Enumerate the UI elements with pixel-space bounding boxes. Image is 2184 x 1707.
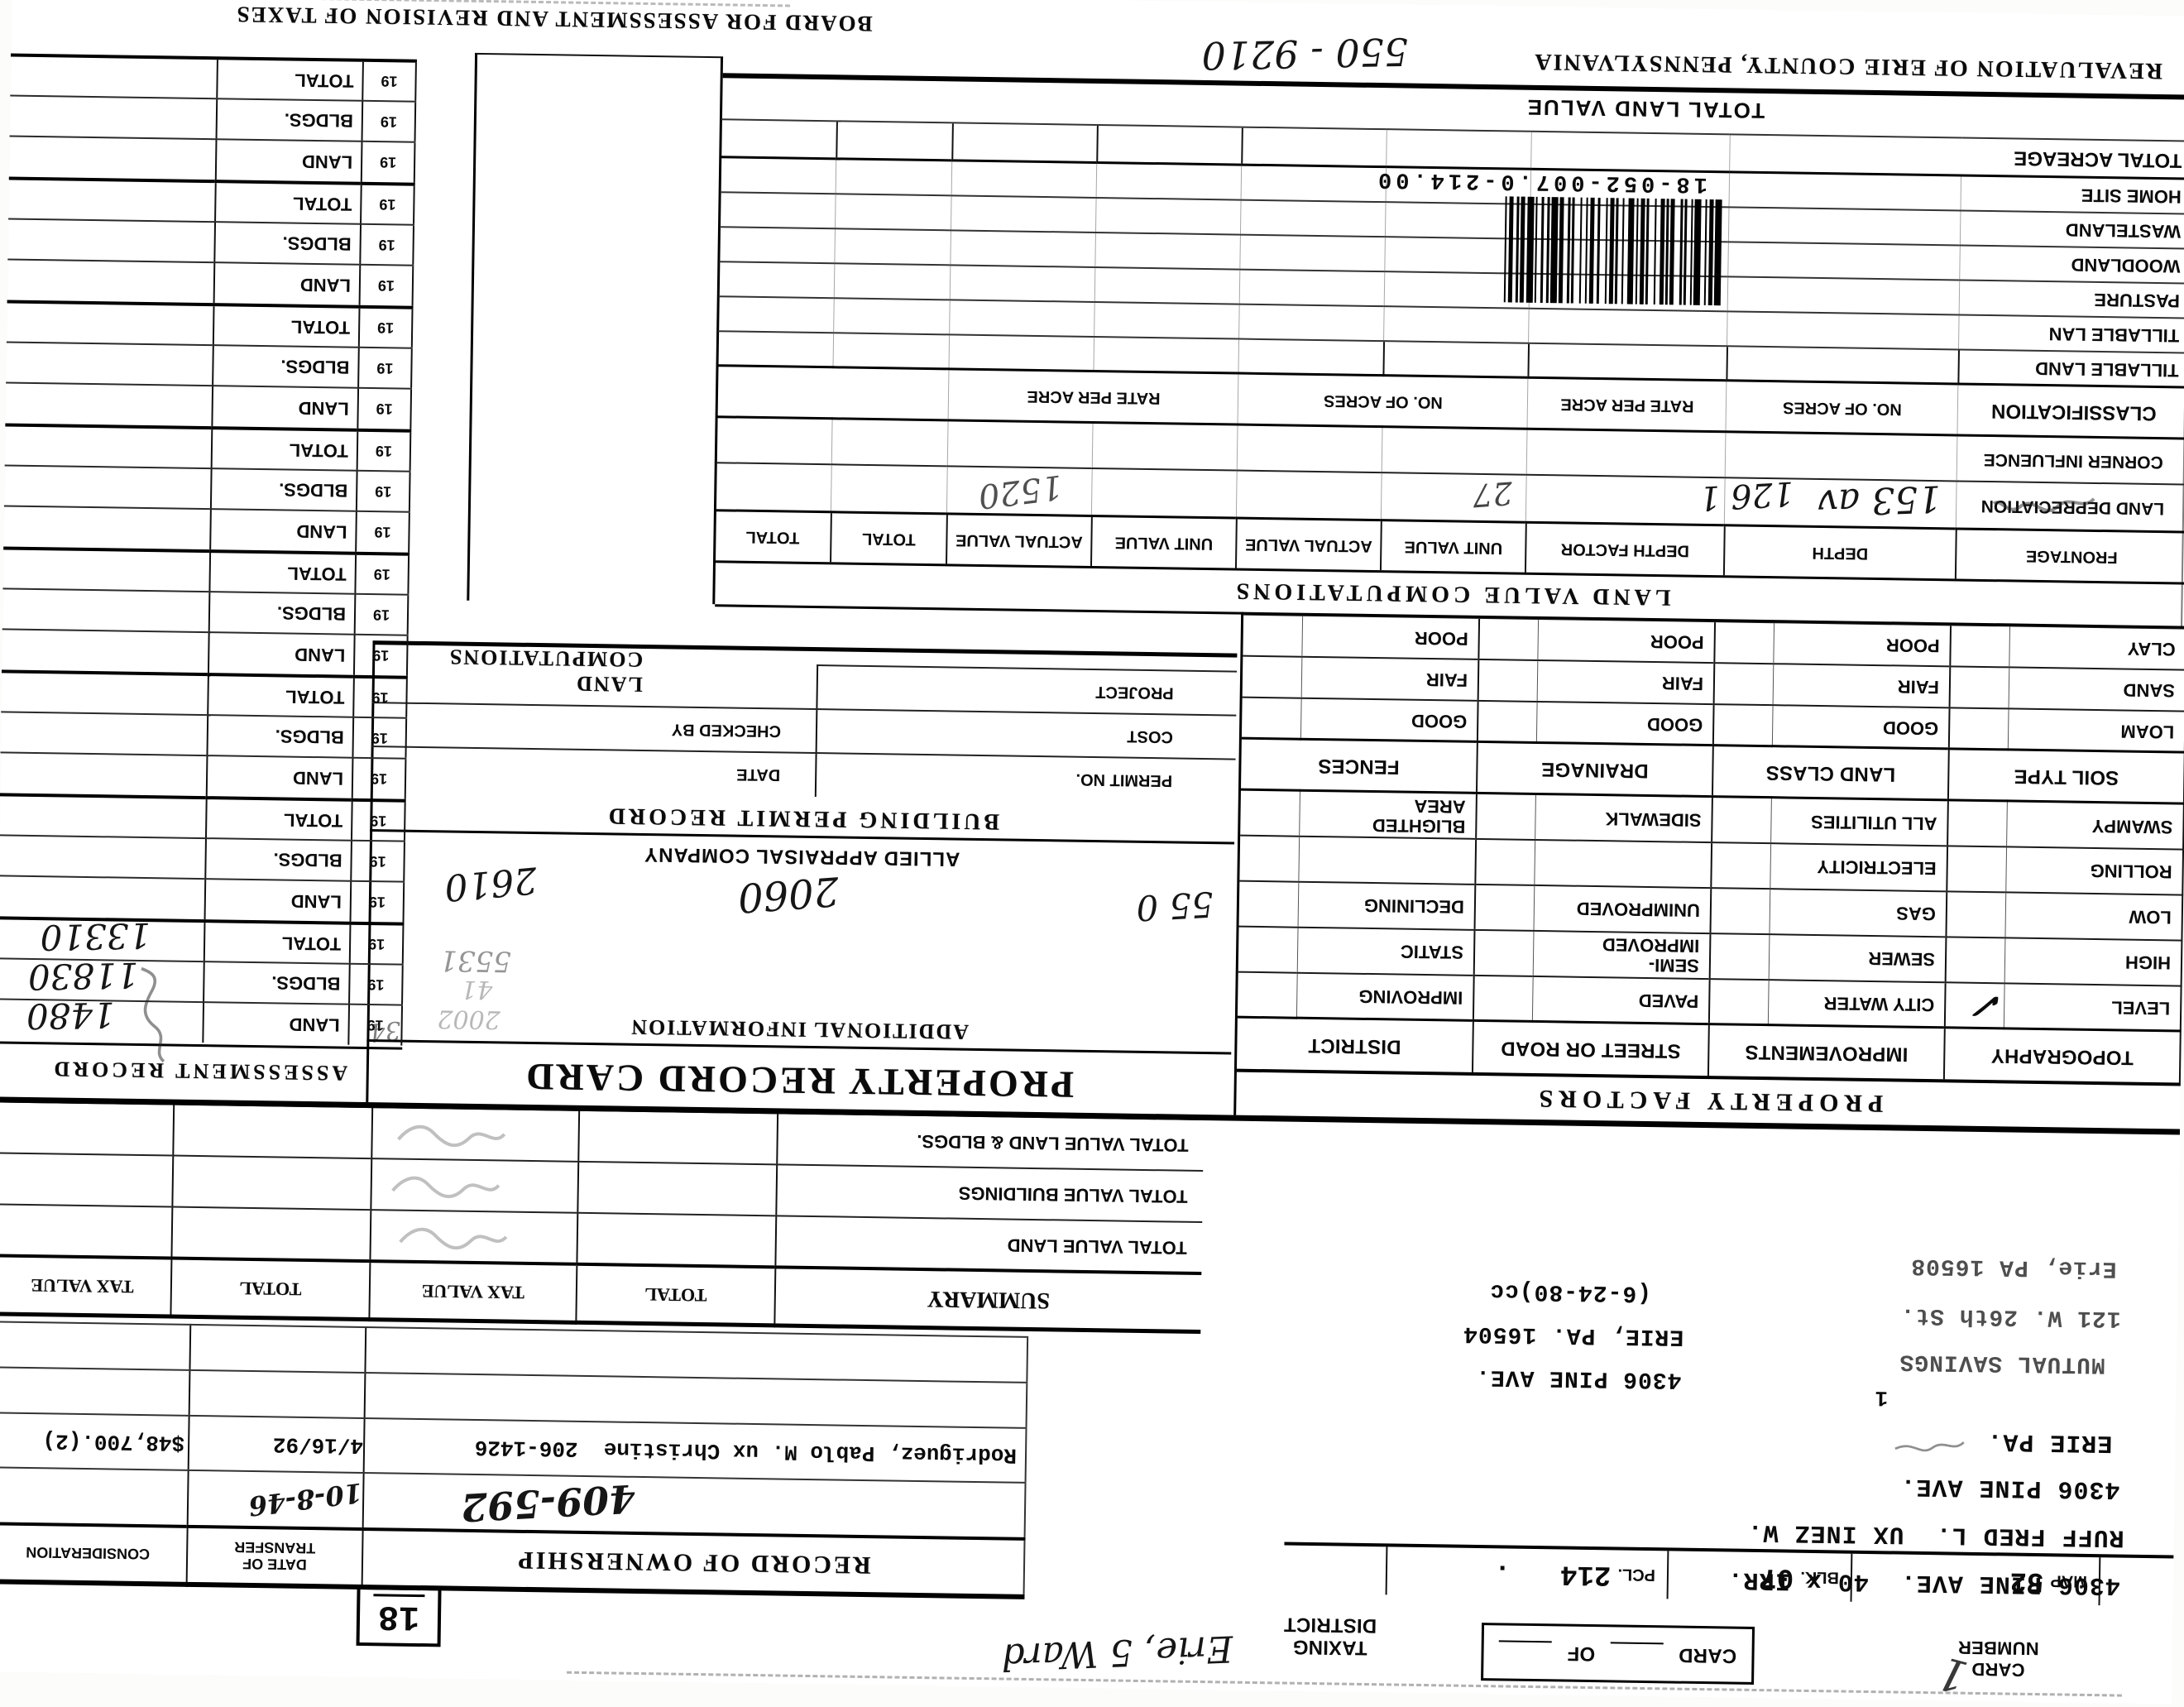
pcl-value: 214 [1560,1557,1612,1590]
barcode-bar [1660,199,1665,304]
lvc-column-header: ACTUAL VALUE [1236,519,1382,571]
assessed-buildings-value: 11830 [27,955,139,998]
assessment-year-cell: 19 [362,141,415,183]
barcode-bar [1526,197,1535,303]
pcl-label: PCL. [1617,1565,1655,1585]
assessment-value-cell [0,875,205,919]
factor-label-rolling: ROLLING [2006,846,2183,894]
owner-address-line: 4306 PINE AVE. [1475,1364,1682,1393]
blank-cell [719,261,836,298]
assessment-year-cell: 19 [351,881,405,923]
faint-handwriting-mark [384,1172,508,1201]
barcode-bar [1516,197,1519,303]
assessment-row: 19TOTAL [0,794,405,841]
blank-cell [1096,198,1242,235]
blank-cell [1726,432,1958,481]
assessment-row-label: TOTAL [208,674,354,717]
blank-cell [836,194,952,230]
barcode-bar [1693,199,1702,305]
factor-check-cell [1473,976,1534,1022]
assessment-row-label: LAND [212,386,358,429]
blank-cell [834,333,951,369]
assessment-row: 19BLDGS. [0,835,405,881]
blank-cell [189,1325,366,1373]
assessment-year-cell: 19 [362,60,416,102]
blank-cell [1384,306,1530,343]
factor-label-sand: SAND [2009,667,2184,711]
blank-cell [836,121,953,161]
assessment-group: 19LAND19BLDGS.19TOTAL [2,546,409,675]
classification-row-label: WOODLAND [1960,245,2184,283]
factor-label-good: GOOD [1301,698,1478,742]
assessment-row-label: BLDGS. [213,345,359,388]
barcode-bar [1669,199,1675,304]
barcode-bar [1665,199,1669,304]
card-of-box: CARD OF [1481,1623,1755,1685]
factor-check-cell [1239,881,1300,928]
factor-column-header: DRAINAGE [1477,742,1713,797]
blank-cell [951,195,1097,233]
factor-check-cell [1711,842,1771,889]
card-of-of-label: OF [1567,1642,1595,1665]
barcode-bar [1571,198,1574,304]
blank-cell [719,227,836,263]
blank-cell [1238,339,1384,376]
barcode-bar [1636,199,1639,304]
factor-check-cell [1946,937,2006,983]
summary-col-header: TAX VALUE [0,1256,171,1316]
blank-cell [1383,341,1529,378]
assessment-row: 19BLDGS. [4,465,410,511]
assessment-row: 19TOTAL [1,671,407,717]
factor-column-header: DISTRICT [1237,1018,1473,1072]
handwritten-year: 34 [368,1015,402,1047]
barcode-bar [1588,198,1594,304]
assessment-value-cell [0,712,208,755]
assessment-year-cell: 19 [357,471,410,512]
consideration-value: $48,700.(2) [0,1412,189,1470]
factor-column-header: TOPOGRAPHY [1944,1028,2181,1082]
assessment-row-label: BLDGS. [207,715,353,758]
blank-line [1610,1642,1663,1666]
blank-cell [1237,471,1382,521]
blank-cell [1526,475,1726,526]
assessment-value-cell [10,96,218,140]
factor-check-cell [1242,698,1302,740]
factor-label-fair: FAIR [1774,664,1951,707]
lvc-column-header: UNIT VALUE [1381,520,1526,573]
assessment-value-cell [5,424,213,468]
classification-row-label: WASTELAND [1961,210,2184,248]
faint-handwriting-mark [1990,487,2099,518]
blank-cell [1382,427,1528,475]
assessed-total-value: 13310 [40,915,151,958]
project-label: PROJECT [817,665,1237,716]
assessment-row-label: BLDGS. [214,222,361,265]
factor-label-declining: DECLINING [1299,882,1476,930]
factor-check-cell [1710,888,1770,934]
blank-cell [189,1370,366,1418]
factor-check-cell [1474,930,1535,976]
factor-check-cell [1947,846,2007,892]
assessment-row: 19TOTAL [5,424,411,471]
blank-cell [1093,423,1238,471]
factor-label-good: GOOD [1773,705,1950,749]
factor-check-cell: ✓ [1945,982,2005,1029]
summary-table: SUMMARY TOTAL TAX VALUE TOTAL TAX VALUE … [0,1101,1204,1334]
classification-column-header: RATE PER ACRE [1527,378,1727,433]
blank-cell [951,230,1096,267]
assessment-year-cell: 19 [359,307,413,348]
lvc-column-header: TOTAL [831,512,947,563]
faint-handwriting-mark [391,1224,515,1252]
assessment-row: 19BLDGS. [7,218,414,265]
assessment-year-cell: 19 [358,348,412,389]
owner-address-line: RUFF FRED L. UX INEZ W. [1746,1518,2124,1551]
handwritten-value: 2060 [736,867,841,921]
blank-cell [950,300,1095,337]
blank-cell [721,157,837,194]
map-row-tail [1284,1546,1387,1595]
factor-check-cell [1946,891,2006,937]
summary-col-header: TAX VALUE [369,1262,577,1323]
factor-label-low: LOW [2005,892,2182,940]
blank-cell [577,1213,776,1268]
assessment-year-cell: 19 [361,184,414,225]
assessment-row-label: LAND [214,262,361,305]
assessment-value-cell [7,259,215,303]
blank-cell [831,464,948,514]
barcode-bar [1645,199,1649,304]
assessment-row: 19LAND [3,506,409,552]
owner-address-line: ERIE, PA. 16504 [1463,1321,1683,1350]
scan-edge-artifact [567,1671,2122,1688]
record-of-ownership-table: RECORD OF OWNERSHIP DATE OF TRANSFER CON… [0,1321,1028,1599]
barcode-bar [1683,199,1687,305]
assessment-row-label: BLDGS. [211,468,357,511]
assessment-value-cell [2,588,210,632]
property-factors-table: TOPOGRAPHYIMPROVEMENTSSTREET OR ROADDIST… [1237,614,2184,1083]
date-of-transfer-header: DATE OF TRANSFER [187,1527,363,1587]
assessment-value-cell [8,178,216,222]
owner-address-line: ERIE PA. [1986,1426,2113,1456]
barcode-bar [1597,198,1600,304]
blank-cell [1728,276,1961,314]
taxing-district-handwritten: Erie, 5 Ward [1001,1627,1234,1677]
blank-cell [1239,304,1385,342]
assessment-row-label: TOTAL [212,428,358,471]
factor-check-cell [1478,618,1539,660]
factor-label-paved: PAVED [1533,976,1710,1024]
lvc-column-header: TOTAL [715,511,831,562]
assessment-value-cell [2,629,209,673]
summary-row-label: TOTAL VALUE LAND & BLDGS. [777,1114,1204,1172]
assessment-row: 19LAND [0,875,404,922]
assessment-row-label: TOTAL [213,304,360,348]
owner-address-line: (6-24-80)cc [1489,1278,1651,1306]
assessment-value-cell [7,218,215,262]
blank-cell [1727,311,1960,349]
barcode-bar [1546,197,1549,303]
assessment-row: 19TOTAL [8,178,414,224]
blank-cell [1095,267,1241,304]
classification-column-header: NO. OF ACRES [1726,381,1958,435]
factor-label-unimproved: UNIMPROVED [1535,885,1712,933]
handwritten-faint: 2002 [437,1004,500,1033]
barcode-bar [1679,199,1683,304]
assessment-year-cell: 19 [353,677,407,718]
blank-cell [1531,132,1731,173]
assessment-group: 19LAND19BLDGS.19TOTAL [0,793,406,922]
assessment-record-title: ASSESSMENT RECORD [0,1041,402,1096]
assessment-year-cell: 19 [355,594,409,635]
assessment-group: 19LAND19BLDGS.19TOTAL [3,423,411,552]
blank-cell [1238,425,1383,473]
lvc-column-header: UNIT VALUE [1091,516,1237,568]
assessment-value-cell [1,671,208,715]
factor-column-header: SOIL TYPE [1948,749,2184,803]
permit-no-label: PERMIT NO. [816,753,1236,803]
factor-check-cell [1709,979,1770,1025]
assessment-year-cell: 19 [357,388,411,429]
assessment-value-cell [10,55,218,99]
classification-column-header: NO. OF ACRES [1238,374,1529,429]
blank-cell [949,334,1094,372]
summary-col-header: TOTAL [170,1259,370,1320]
summary-title: SUMMARY [774,1268,1201,1332]
factor-check-cell [1240,790,1300,837]
lvc-column-header: DEPTH [1724,525,1956,578]
blank-cell [832,419,949,466]
blank-cell [717,366,950,420]
factor-label-clay: CLAY [2009,626,2184,669]
blank-cell [577,1162,777,1216]
blank-cell [835,263,951,300]
assessment-value-cell [2,548,210,592]
barcode-bar [1550,197,1559,303]
assessment-year-cell: 19 [352,800,405,842]
assessment-year-cell: 19 [350,923,404,965]
factor-label-city-water: CITY WATER [1769,980,1946,1028]
blank-cell [0,1367,189,1416]
transfer-date-handwritten: 10-8-46 [247,1477,363,1522]
factor-check-cell [1478,701,1538,743]
owner-name: Rodriguez, Pablo M. ux Christine 206-142… [364,1418,1027,1483]
owner-address-line: 4306 PINE AVE. [1899,1472,2120,1503]
checkmark-handwritten: ✓ [1971,985,2005,1026]
checked-by-label: CHECKED BY [371,702,817,753]
classification-column-header: RATE PER ACRE [949,369,1239,424]
owner-address-line: MUTUAL SAVINGS [1899,1349,2105,1378]
classification-row-label: HOME SITE [1961,176,2184,214]
blank-cell [1727,346,1959,384]
owner-name-handwritten: 409-592 [460,1476,637,1531]
pcl-cell: PCL. 214 . [1386,1546,1668,1599]
assessment-group: 19LAND19BLDGS.19TOTAL [9,54,417,183]
factor-label-poor: POOR [1538,619,1715,663]
factor-label-high: HIGH [2005,937,2182,985]
summary-col-header: TOTAL [576,1264,775,1326]
blank-cell [1728,242,1961,280]
handwritten-depth-factor: 126 1 [1698,474,1795,517]
assessment-record-table: 19LAND19BLDGS.19TOTAL19LAND19BLDGS.19TOT… [0,54,417,1046]
assessment-year-cell: 19 [352,758,406,799]
factor-label-level: LEVEL [2004,983,2182,1031]
page-title: PROPERTY RECORD CARD [368,1052,1229,1109]
assessment-value-cell [3,506,211,549]
assessment-row-label: LAND [216,139,362,182]
blank-center-column [467,53,723,604]
card-number-handwritten: 1 [1932,1646,1972,1688]
assessment-row-label: LAND [208,632,355,675]
transfer-date: 4/16/92 [189,1416,365,1473]
assessment-value-cell [5,382,213,426]
assessment-group: 19LAND19BLDGS.19TOTAL [7,176,415,305]
factor-label-fair: FAIR [1302,657,1479,701]
blank-cell [948,420,1094,468]
factor-label-swampy: SWAMPY [2007,801,2184,849]
assessment-row-label: LAND [203,1002,349,1045]
assessment-year-cell: 19 [356,511,409,553]
factor-check-cell [1478,659,1539,702]
blank-cell [1527,429,1727,478]
factor-column-header: IMPROVEMENTS [1708,1024,1945,1079]
blank-cell [1387,129,1532,170]
lvc-column-header: ACTUAL VALUE [946,514,1092,566]
assessment-year-cell: 19 [357,430,411,472]
barcode-bar [1653,199,1656,304]
blank-cell [1729,207,1961,245]
blank-cell [716,417,833,464]
barcode-bar [1639,199,1645,304]
factor-check-cell [1950,625,2010,667]
factor-label-good: GOOD [1537,702,1714,746]
assessment-value-cell [0,752,207,796]
blank-cell [1092,468,1238,519]
total-land-value-label: TOTAL LAND VALUE [1525,94,1765,123]
barcode-bar [1621,198,1624,304]
barcode-bar [1535,197,1538,303]
assessment-row: 19LAND [0,752,405,798]
assessment-value-cell [0,835,206,879]
barcode-bar [1578,198,1582,304]
factor-label-all-utilities: ALL UTILITIES [1771,798,1948,846]
factor-check-cell [1949,707,2009,750]
assessment-year-cell: 19 [354,635,408,676]
handwritten-value: 2610 [443,858,539,909]
factor-column-header: LAND CLASS [1712,746,1949,800]
faint-handwriting-mark [389,1121,513,1149]
transfer-date-cell: 10-8-46 [188,1470,364,1529]
assessment-value-cell [9,136,217,180]
blank-line [1499,1640,1552,1664]
owner-address-line: Erie, PA 16508 [1910,1253,2117,1282]
factor-check-cell [1476,794,1536,840]
handwritten-faint: 41 [461,975,493,1005]
owner-address-line: 1 [1874,1385,1888,1410]
assessment-row-label: BLDGS. [205,838,352,881]
factor-label-fair: FAIR [1538,660,1715,704]
assessment-year-cell: 19 [362,101,416,142]
assessment-group: 19LAND19BLDGS.19TOTAL [5,300,413,429]
handwritten-value: 55 0 [1135,884,1214,928]
factor-check-cell [1713,704,1774,746]
assessment-year-cell: 19 [351,841,405,882]
assessment-row-label: LAND [210,509,357,552]
blank-cell [1529,309,1728,347]
blank-cell [1528,343,1727,381]
barcode-bar [1507,196,1513,302]
factor-check-cell [1475,839,1535,885]
blank-cell [951,265,1096,302]
barcode-bar [1520,197,1525,303]
assessment-row-label: TOTAL [209,551,356,594]
barcode-bar [1503,196,1506,302]
lvc-column-header: FRONTAGE [1956,529,2184,582]
handwritten-depth: 153 av [1817,477,1942,524]
blank-cell [173,1105,372,1159]
assessment-row-label: BLDGS. [204,961,350,1005]
summary-row-label: TOTAL VALUE BUILDINGS [776,1165,1203,1223]
blank-cell [716,463,832,512]
barcode-bar [1559,197,1564,303]
barcode-bar [1626,199,1635,304]
factor-label-blank [1535,840,1712,888]
assessment-year-cell: 19 [360,265,414,306]
assessment-year-cell: 19 [355,554,409,595]
barcode-bar [1584,198,1588,304]
parcel-barcode [1332,194,1722,305]
ownership-row: 409-592 [363,1473,1026,1539]
assessment-row: 19LAND [9,136,415,182]
factor-check-cell [1712,797,1772,843]
blank-cell [0,1205,172,1259]
district-index-number: 18 [373,1594,425,1637]
barcode-bar [1707,199,1713,305]
assessment-row-label: BLDGS. [217,98,363,141]
factor-check-cell [1239,836,1300,882]
barcode-bar [1615,198,1618,304]
factor-label-semi-improved: SEMI- IMPROVED [1534,931,1711,979]
factor-check-cell [1714,621,1774,664]
assessment-value-cell [0,794,207,838]
factor-column-header: STREET OR ROAD [1473,1021,1709,1076]
assessment-row: 19LAND [2,629,408,675]
factor-check-cell [1243,615,1303,657]
assessment-row-label: LAND [205,879,352,922]
parcel-number: 18-052-007.0-214.00 [1374,166,1707,196]
barcode-bar [1704,199,1707,305]
blank-cell [718,296,835,333]
blank-cell [0,1321,190,1370]
blank-cell [171,1207,371,1262]
handwritten-faint: 5531 [439,943,511,977]
blank-cell [952,122,1098,163]
assessment-value-cell [4,465,212,509]
factor-label-electricity: ELECTRICITY [1770,843,1947,891]
consideration-header: CONSIDERATION [0,1523,188,1585]
owner-address-line: 4306 PINE AVE. 40 x IRR. [1727,1565,2121,1599]
date-label: DATE [371,746,817,797]
assessment-value-cell [6,342,213,386]
ownership-title: RECORD OF OWNERSHIP [362,1529,1025,1597]
assessed-land-value: 1480 [26,995,115,1037]
assessment-row-label: TOTAL [215,181,362,224]
assessment-value-cell [7,301,214,345]
assessment-row: 19LAND [7,259,414,305]
classification-column-header: CLASSIFICATION [1957,384,2184,439]
factor-check-cell [1238,972,1298,1019]
